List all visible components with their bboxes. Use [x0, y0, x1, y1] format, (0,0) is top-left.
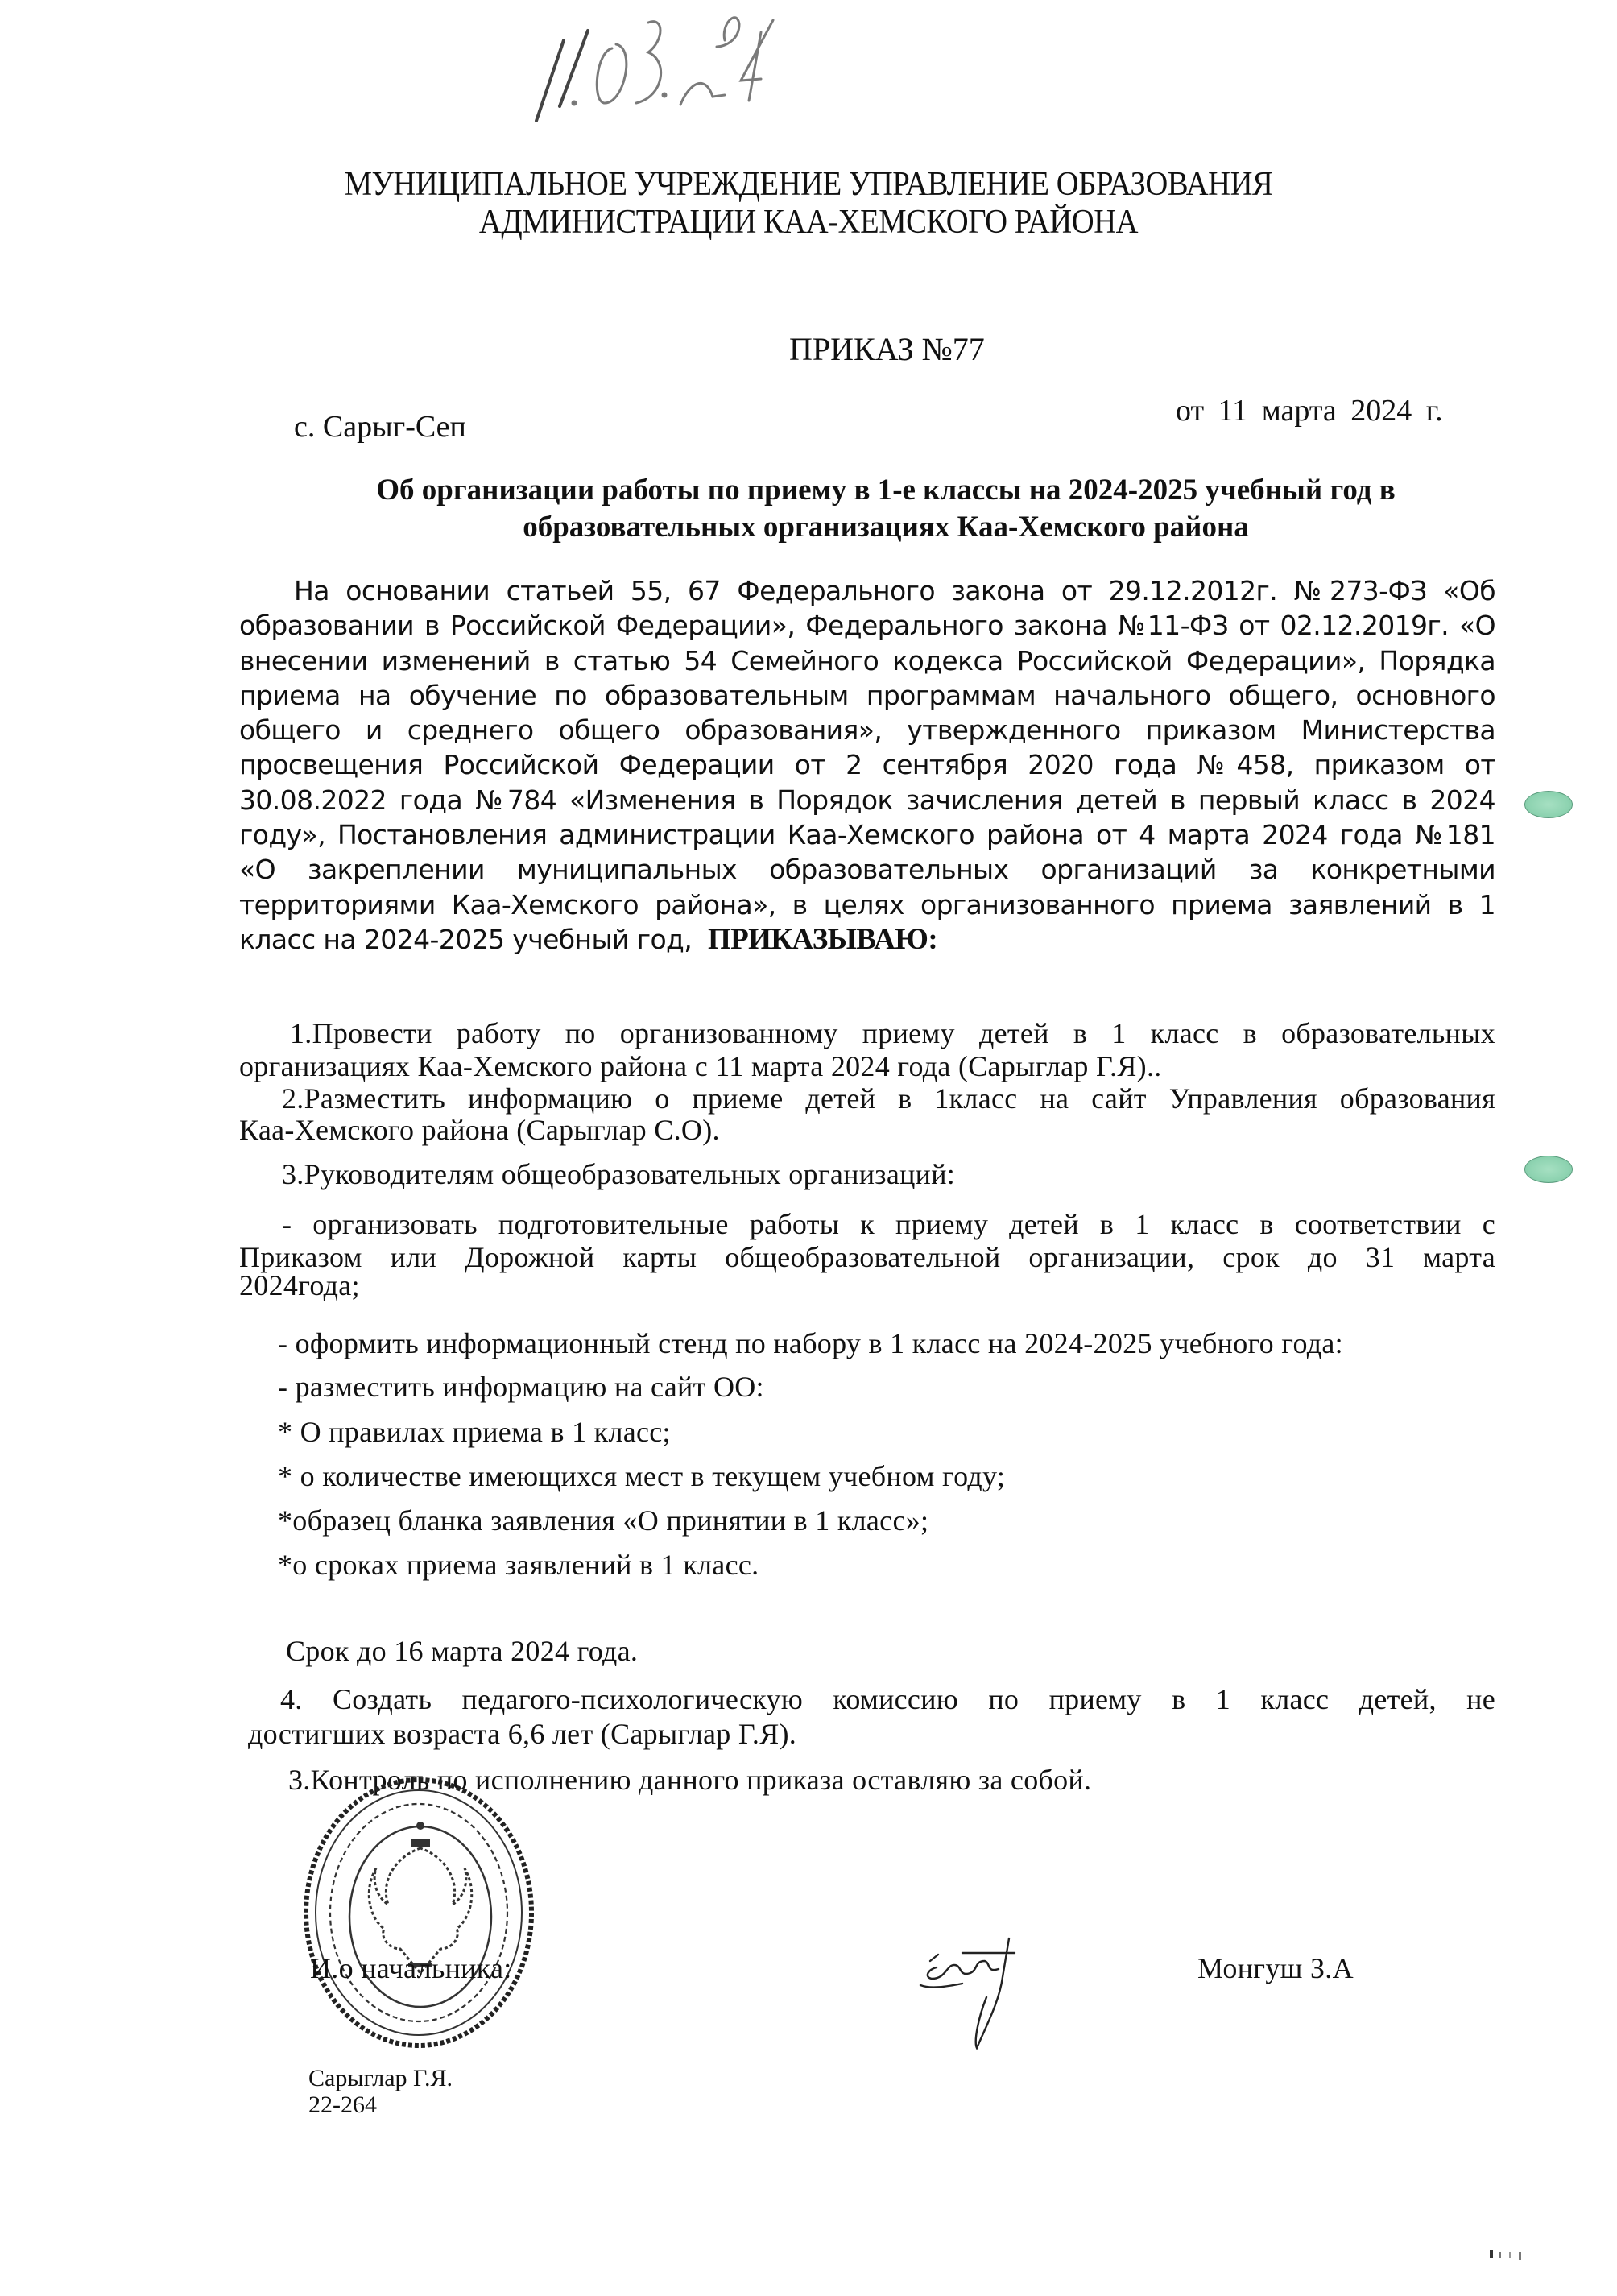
seal-icon — [300, 1776, 537, 2050]
executor-phone: 22-264 — [308, 2091, 377, 2119]
order-title: ПРИКАЗ №77 — [789, 330, 985, 368]
signatory-name: Монгуш З.А — [1197, 1951, 1354, 1985]
preamble-line: «О закреплении муниципальных образовател… — [239, 852, 1495, 887]
item-3a-line2: Приказом или Дорожной карты общеобразова… — [239, 1240, 1495, 1274]
item-3-title: 3.Руководителям общеобразовательных орга… — [282, 1157, 955, 1191]
preamble-last-text: класс на 2024-2025 учебный год, — [239, 924, 692, 955]
signature-icon — [914, 1929, 1043, 2058]
item-4-line1: 4. Создать педагого-психологическую коми… — [280, 1682, 1495, 1716]
order-place: с. Сарыг-Сеп — [294, 409, 466, 445]
item-3a-line3: 2024года; — [239, 1268, 360, 1302]
handwritten-signature — [914, 1929, 1043, 2058]
handwritten-date: 11.03.24 — [483, 8, 934, 129]
bullet-item: *о сроках приема заявлений в 1 класс. — [278, 1548, 759, 1582]
preamble-line: внесении изменений в статью 54 Семейного… — [239, 643, 1495, 678]
item-3c: - разместить информацию на сайт ОО: — [278, 1370, 764, 1404]
preamble-line: образовании в Российской Федерации», Фед… — [239, 608, 1495, 643]
preamble-line: общего и среднего общего образования», у… — [239, 713, 1495, 747]
org-name-line1: МУНИЦИПАЛЬНОЕ УЧРЕЖДЕНИЕ УПРАВЛЕНИЕ ОБРА… — [64, 165, 1552, 204]
official-stamp — [300, 1776, 537, 2050]
scan-marks — [1425, 2247, 1603, 2263]
preamble-line: просвещения Российской Федерации от 2 се… — [239, 747, 1495, 782]
punch-mark-top — [1524, 791, 1573, 818]
item-4-line2: достигших возраста 6,6 лет (Сарыглар Г.Я… — [248, 1717, 796, 1751]
item-3a-line1: - организовать подготовительные работы к… — [282, 1207, 1495, 1241]
order-subject-line2: образовательных организациях Каа-Хемског… — [290, 509, 1482, 546]
org-name-line2: АДМИНИСТРАЦИИ КАА-ХЕМСКОГО РАЙОНА — [64, 203, 1552, 242]
item-3-deadline: Срок до 16 марта 2024 года. — [286, 1634, 638, 1668]
item-2-line2: Каа-Хемского района (Сарыглар С.О). — [239, 1113, 720, 1147]
preamble-line: году», Постановления администрации Каа-Х… — [239, 817, 1495, 852]
order-date: от 11 марта 2024 г. — [1176, 393, 1443, 428]
preamble-last-line: класс на 2024-2025 учебный год, ПРИКАЗЫВ… — [239, 922, 1495, 957]
bullet-item: * О правилах приема в 1 класс; — [278, 1415, 671, 1449]
signatory-position: И.о начальника: — [310, 1951, 512, 1985]
preamble-paragraph: На основании статьей 55, 67 Федерального… — [239, 573, 1495, 957]
item-1-line1: 1.Провести работу по организованному при… — [290, 1016, 1495, 1050]
preamble-line: приема на обучение по образовательным пр… — [239, 678, 1495, 713]
order-command: ПРИКАЗЫВАЮ: — [708, 923, 937, 956]
item-3b: - оформить информационный стенд по набор… — [278, 1326, 1343, 1360]
item-1-line2: организациях Каа-Хемского района с 11 ма… — [239, 1049, 1495, 1083]
bullet-item: * о количестве имеющихся мест в текущем … — [278, 1459, 1005, 1493]
executor-name: Сарыглар Г.Я. — [308, 2065, 453, 2092]
item-2-line1: 2.Разместить информацию о приеме детей в… — [282, 1082, 1495, 1115]
preamble-line: 30.08.2022 года №784 «Изменения в Порядо… — [239, 783, 1495, 817]
order-subject-line1: Об организации работы по приему в 1-е кл… — [290, 472, 1482, 509]
preamble-line: территориями Каа-Хемского района», в цел… — [239, 887, 1495, 922]
punch-mark-bottom — [1524, 1156, 1573, 1183]
scan-artifact-icon — [1425, 2247, 1603, 2263]
bullet-item: *образец бланка заявления «О принятии в … — [278, 1504, 928, 1537]
preamble-line: На основании статьей 55, 67 Федерального… — [239, 573, 1495, 608]
handwritten-date-icon: 11.03.24 — [483, 8, 934, 129]
